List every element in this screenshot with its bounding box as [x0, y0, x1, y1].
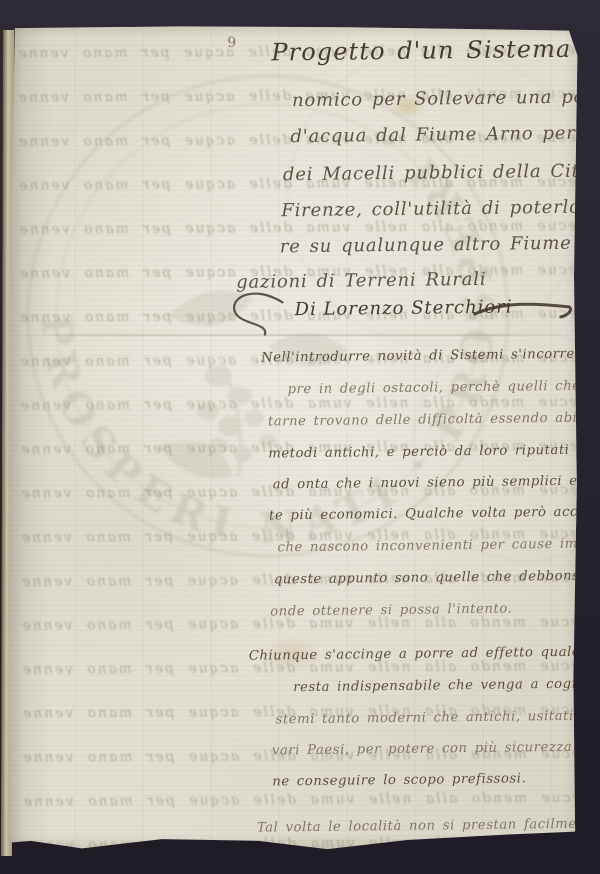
- body-line: ne conseguire lo scopo prefissosi.: [272, 771, 526, 789]
- body-line: che nascono inconvenienti per cause impr…: [277, 536, 600, 556]
- body-line: resta indispensabile che venga a cognizi…: [293, 675, 600, 695]
- body-line: pre in degli ostacoli, perchè quelli che…: [287, 377, 600, 397]
- calligraphic-loop-icon: [224, 288, 289, 341]
- page-number: 9: [227, 35, 237, 51]
- body-line: vari Paesi, per potere con più sicurezza…: [272, 739, 600, 759]
- body-line: Nell'introdurre novità di Sistemi s'inco…: [261, 346, 600, 365]
- body-line: queste appunto sono quelle che debbonsi …: [274, 568, 600, 588]
- title-line: Progetto d'un Sistema Eco=: [271, 34, 600, 67]
- title-line: dei Macelli pubblici della Città di: [283, 160, 600, 185]
- body-line: te più economici. Qualche volta però acc…: [269, 504, 600, 524]
- body-line: Chiunque s'accinge a porre ad effetto qu…: [249, 644, 600, 664]
- title-line: nomico per Sollevare una porzione: [292, 86, 600, 111]
- body-line: onde ottenere si possa l'intento.: [270, 602, 512, 620]
- title-line: d'acqua dal Fiume Arno per Uso: [290, 122, 600, 147]
- manuscript-scan: { "document": { "page_number": "9", "tit…: [0, 0, 600, 874]
- handwritten-text-block: 9 Progetto d'un Sistema Eco= nomico per …: [3, 23, 583, 864]
- body-line: tarne trovano delle difficoltà essendo a…: [268, 410, 600, 429]
- body-line: stemi tanto moderni che antichi, usitati…: [275, 708, 600, 727]
- body-line: ad onta che i nuovi sieno più semplici e…: [273, 473, 600, 493]
- title-line: Firenze, coll'utilità di poterlo applica…: [281, 195, 600, 221]
- manuscript-page: PROSPERI NATI · PROSPERI · ecue mendo al…: [8, 26, 578, 860]
- title-line: re su qualunque altro Fiume per irri=: [280, 232, 600, 258]
- catchword-line: Tal volta le località non si prestan fac…: [257, 816, 600, 836]
- body-line: metodi antichi, e perciò da loro riputat…: [268, 442, 600, 461]
- flourish-swash-icon: [472, 299, 574, 324]
